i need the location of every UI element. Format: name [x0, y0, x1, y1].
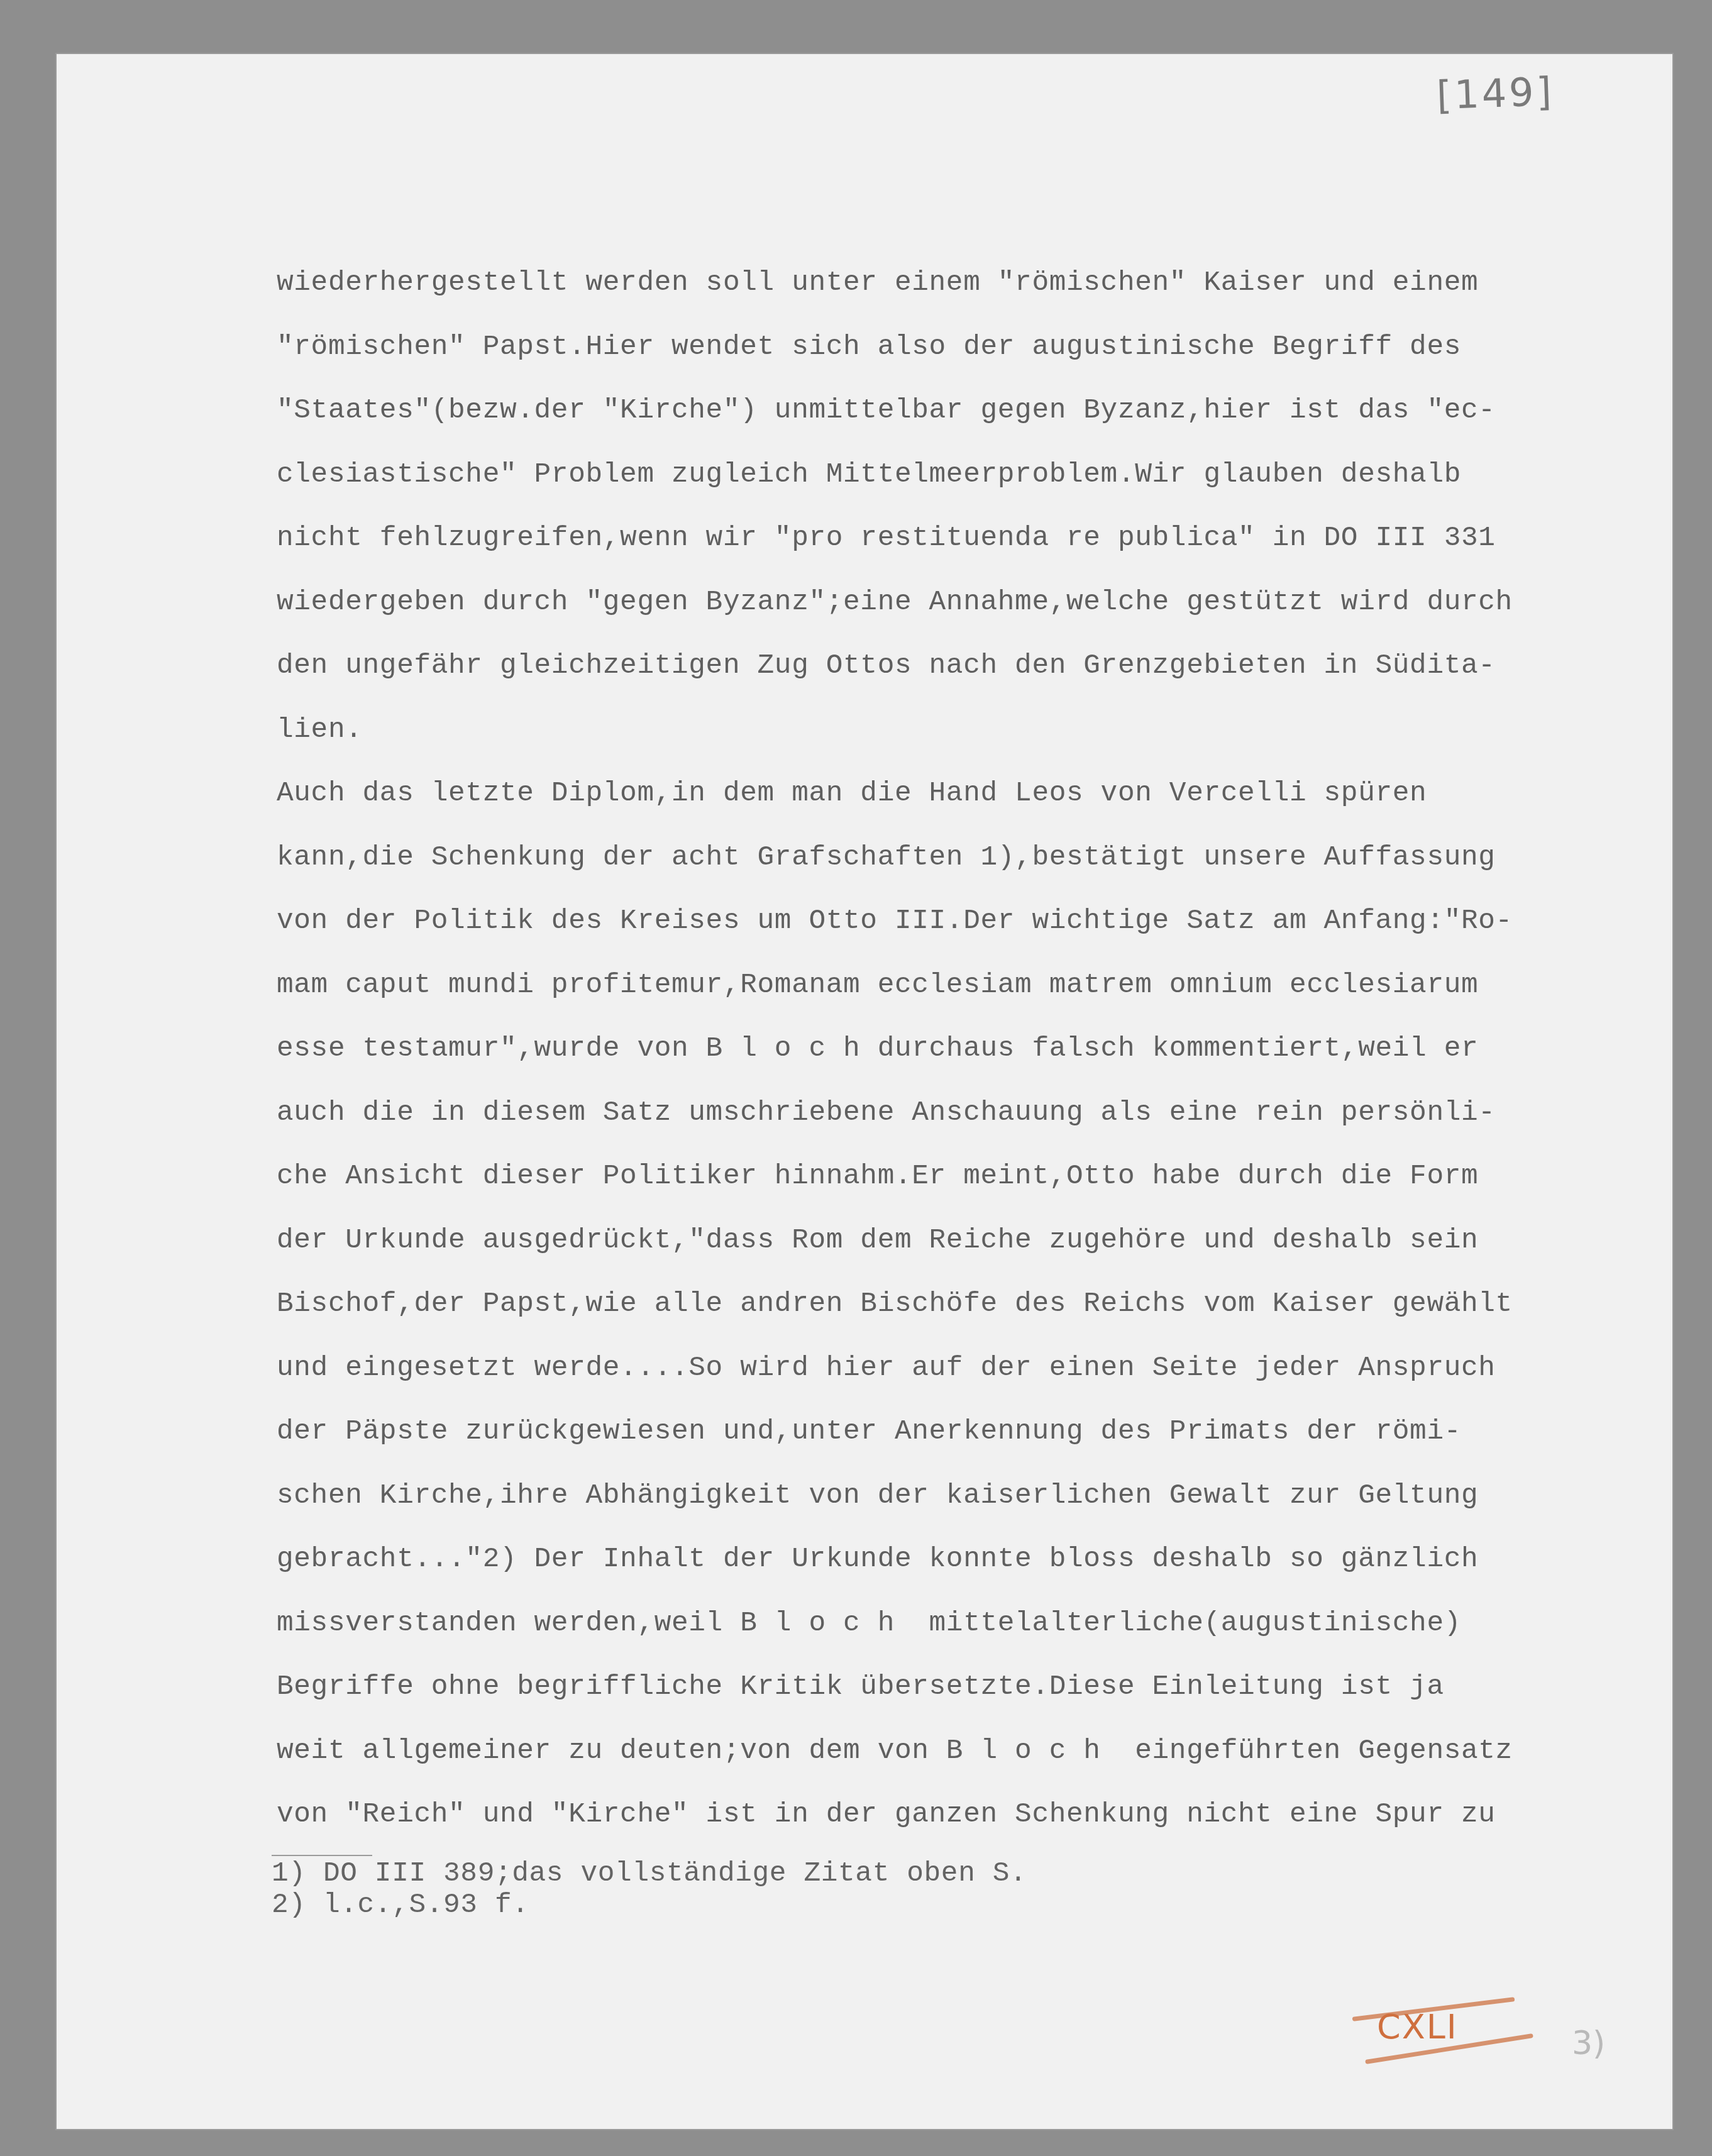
archive-mark-label: CXLI: [1377, 2007, 1458, 2047]
handwritten-page-number: [149]: [1436, 69, 1555, 118]
text-line: von "Reich" und "Kirche" ist in der ganz…: [277, 1783, 1685, 1847]
text-line: kann,die Schenkung der acht Grafschaften…: [277, 826, 1685, 890]
text-line: von der Politik des Kreises um Otto III.…: [277, 890, 1685, 954]
text-line: der Päpste zurückgewiesen und,unter Aner…: [277, 1400, 1685, 1464]
text-line: mam caput mundi profitemur,Romanam eccle…: [277, 954, 1685, 1018]
text-line: wiedergeben durch "gegen Byzanz";eine An…: [277, 571, 1685, 635]
text-line: schen Kirche,ihre Abhängigkeit von der k…: [277, 1464, 1685, 1529]
text-line: Begriffe ohne begriffliche Kritik überse…: [277, 1656, 1685, 1720]
text-line: gebracht..."2) Der Inhalt der Urkunde ko…: [277, 1528, 1685, 1592]
text-line: clesiastische" Problem zugleich Mittelme…: [277, 443, 1685, 507]
body-text: wiederhergestellt werden soll unter eine…: [277, 252, 1685, 1847]
text-line: missverstanden werden,weil B l o c h mit…: [277, 1592, 1685, 1656]
text-line: und eingesetzt werde....So wird hier auf…: [277, 1337, 1685, 1401]
footnote-2: 2) l.c.,S.93 f.: [272, 1889, 1278, 1921]
text-line: che Ansicht dieser Politiker hinnahm.Er …: [277, 1145, 1685, 1209]
text-line: "römischen" Papst.Hier wendet sich also …: [277, 316, 1685, 380]
footnote-separator: [272, 1855, 372, 1856]
pencil-mark: 3): [1572, 2025, 1605, 2062]
footnote-1: 1) DO III 389;das vollständige Zitat obe…: [272, 1858, 1278, 1889]
footnotes: 1) DO III 389;das vollständige Zitat obe…: [272, 1858, 1278, 1921]
text-line: der Urkunde ausgedrückt,"dass Rom dem Re…: [277, 1209, 1685, 1273]
text-line: auch die in diesem Satz umschriebene Ans…: [277, 1081, 1685, 1146]
text-line: nicht fehlzugreifen,wenn wir "pro restit…: [277, 507, 1685, 571]
text-line: Auch das letzte Diplom,in dem man die Ha…: [277, 762, 1685, 826]
text-line: esse testamur",wurde von B l o c h durch…: [277, 1017, 1685, 1081]
red-crayon-archive-mark: CXLI: [1352, 1993, 1528, 2062]
text-line: den ungefähr gleichzeitigen Zug Ottos na…: [277, 634, 1685, 699]
text-line: wiederhergestellt werden soll unter eine…: [277, 252, 1685, 316]
text-line: "Staates"(bezw.der "Kirche") unmittelbar…: [277, 379, 1685, 443]
text-line: lien.: [277, 699, 1685, 763]
text-line: weit allgemeiner zu deuten;von dem von B…: [277, 1720, 1685, 1784]
text-line: Bischof,der Papst,wie alle andren Bischö…: [277, 1273, 1685, 1337]
